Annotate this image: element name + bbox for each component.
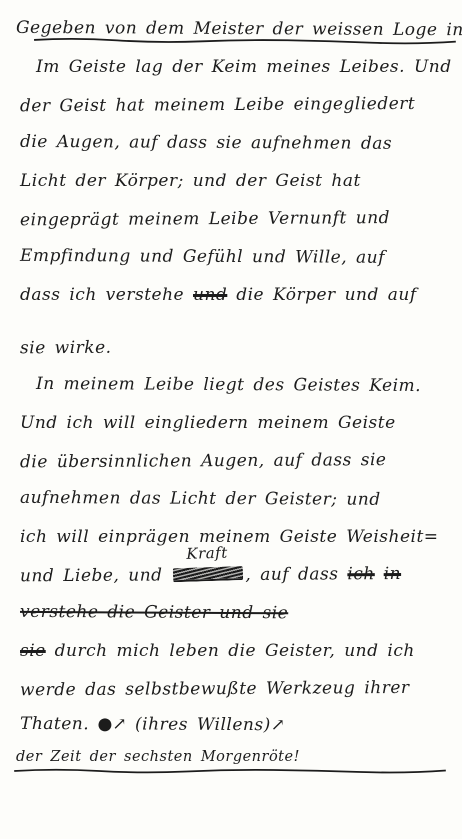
handwritten-line: werde das selbstbewußte Werkzeug ihrer <box>10 669 458 710</box>
handwritten-line: die Augen, auf dass sie aufnehmen das <box>10 123 458 163</box>
handwritten-line: sie wirke. <box>10 327 458 368</box>
arrow-marker: ●↗ <box>89 714 135 734</box>
struck-text: verstehe die Geister und sie <box>20 602 288 623</box>
handwritten-text: durch mich leben die Geister, und ich <box>46 641 415 661</box>
arrow-marker: ↗ <box>271 715 285 735</box>
handwritten-text: die Körper und auf <box>227 285 416 305</box>
handwritten-line: die übersinnlichen Augen, auf dass sie <box>10 441 458 482</box>
handwritten-text: der Geist hat meinem Leibe eingegliedert <box>20 94 415 116</box>
handwritten-line: verstehe die Geister und sie <box>10 593 458 633</box>
handwritten-text: , auf dass <box>245 564 347 585</box>
heading-line: Gegeben von dem Meister der weissen Loge… <box>10 9 458 49</box>
struck-text: sie <box>20 641 46 661</box>
handwritten-line: dass ich verstehe und die Körper und auf <box>10 276 458 314</box>
handwritten-text: Licht der Körper; und der Geist hat <box>20 171 361 191</box>
struck-text: in <box>384 564 402 584</box>
handwritten-text: Und ich will eingliedern meinem Geiste <box>20 413 396 433</box>
struck-text: ich <box>347 564 375 584</box>
handwritten-line: und Liebe, und Kraft, auf dass ich in <box>10 555 458 596</box>
handwritten-text: und Liebe, und <box>20 565 172 586</box>
handwritten-text: eingeprägt meinem Leibe Vernunft und <box>20 208 390 230</box>
annotation-line: Thaten. ●↗ (ihres Willens)↗ <box>10 707 458 745</box>
handwritten-text: ich will einprägen meinem Geiste Weishei… <box>20 527 439 547</box>
handwritten-text: aufnehmen das Licht der Geister; und <box>20 488 381 510</box>
handwritten-text: sie wirke. <box>20 338 112 359</box>
handwritten-text: Empfindung und Gefühl und Wille, auf <box>20 246 385 268</box>
manuscript-page: Gegeben von dem Meister der weissen Loge… <box>0 0 462 839</box>
handwritten-text: Im Geiste lag der Keim meines Leibes. Un… <box>36 57 452 77</box>
handwritten-line: Im Geiste lag der Keim meines Leibes. Un… <box>10 48 458 86</box>
handwritten-line: Und ich will eingliedern meinem Geiste <box>10 404 458 442</box>
handwritten-line: der Geist hat meinem Leibe eingegliedert <box>10 85 458 126</box>
handwritten-text: werde das selbstbewußte Werkzeug ihrer <box>20 678 410 700</box>
handwritten-text: In meinem Leibe liegt des Geistes Keim. <box>36 374 421 396</box>
handwritten-text <box>375 564 384 584</box>
handwritten-text: die Augen, auf dass sie aufnehmen das <box>20 132 392 154</box>
handwritten-text: dass ich verstehe <box>20 285 193 305</box>
handwritten-text: Thaten. <box>20 714 89 734</box>
handwritten-line: aufnehmen das Licht der Geister; und <box>10 479 458 519</box>
handwritten-line: Licht der Körper; und der Geist hat <box>10 162 458 200</box>
handwritten-line: eingeprägt meinem Leibe Vernunft und <box>10 199 458 240</box>
manuscript-text: Gegeben von dem Meister der weissen Loge… <box>10 10 458 776</box>
handwritten-text: (ihres Willens) <box>135 714 271 735</box>
handwritten-line: ich will einprägen meinem Geiste Weishei… <box>10 518 458 556</box>
underline-stroke <box>32 36 458 46</box>
handwritten-line: sie durch mich leben die Geister, und ic… <box>10 632 458 670</box>
handwritten-text: die übersinnlichen Augen, auf dass sie <box>20 450 387 472</box>
scribbled-out-word: Kraft <box>173 566 243 582</box>
handwritten-text: der Zeit der sechsten Morgenröte! <box>16 749 300 765</box>
struck-text: und <box>193 285 227 305</box>
handwritten-line: In meinem Leibe liegt des Geistes Keim. <box>10 365 458 405</box>
footer-line: der Zeit der sechsten Morgenröte! <box>10 744 458 776</box>
handwritten-line: Empfindung und Gefühl und Wille, auf <box>10 237 458 277</box>
inserted-word: Kraft <box>187 546 229 562</box>
underline-stroke <box>12 767 448 775</box>
